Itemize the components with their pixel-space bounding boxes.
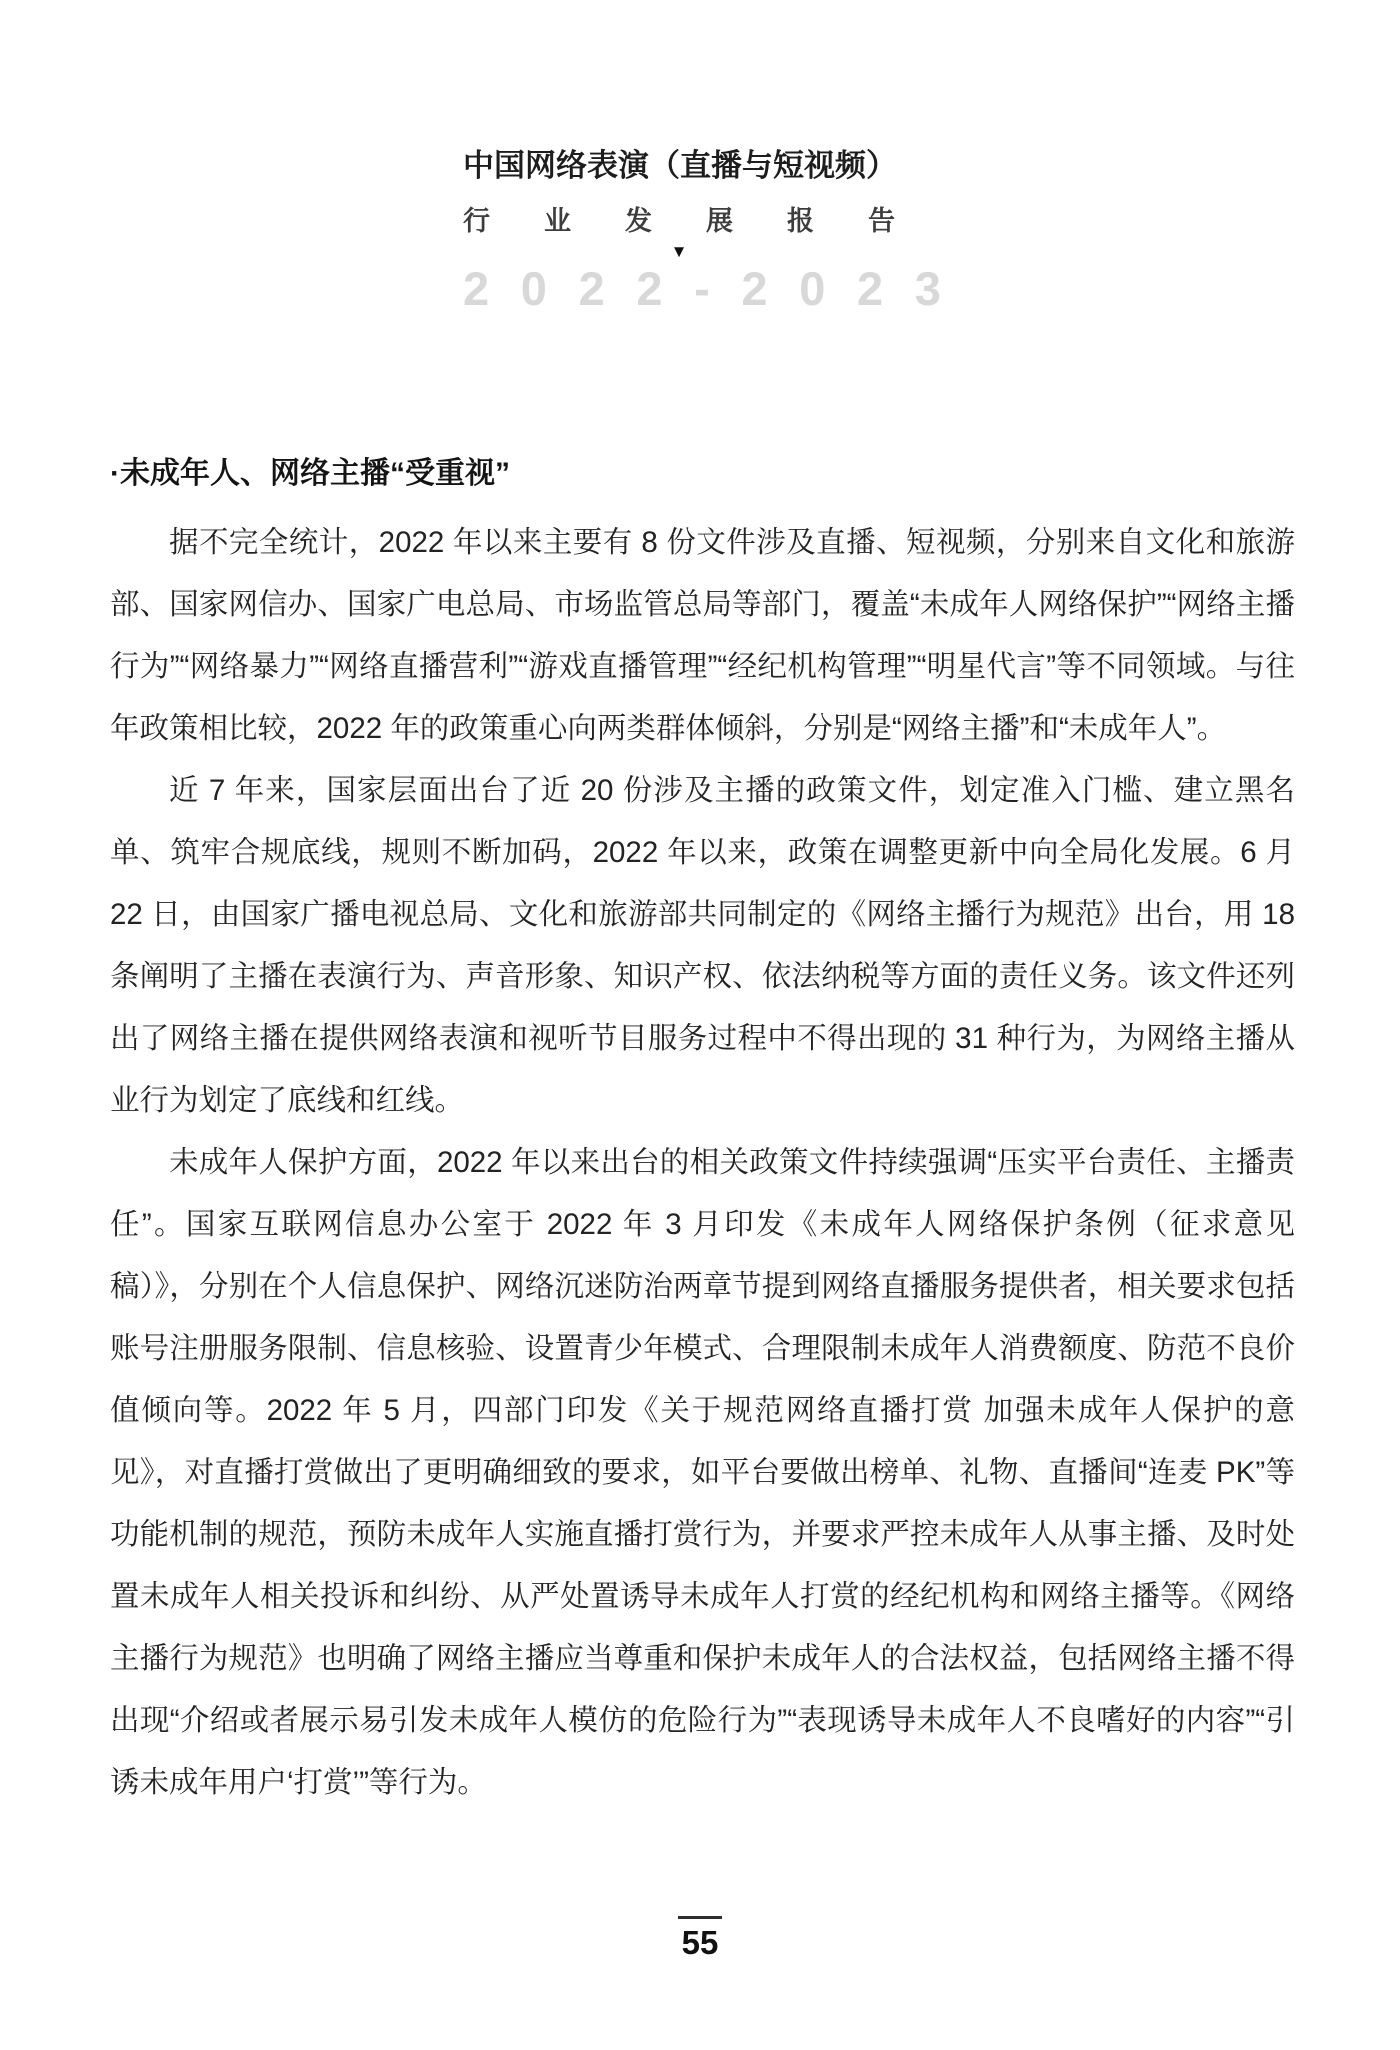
- subtitle-char: 告: [868, 199, 895, 238]
- year-digit: 2: [579, 264, 605, 314]
- subtitle-char: 行: [463, 199, 490, 238]
- subtitle-char: 发: [625, 199, 652, 238]
- section-heading: ·未成年人、网络主播“受重视”: [110, 452, 1295, 496]
- report-subtitle: 行 业 发 展 报 告: [463, 199, 895, 238]
- down-triangle-icon: ▼: [671, 242, 688, 261]
- page-footer: 55: [0, 1916, 1400, 1961]
- subtitle-char: 报: [787, 199, 814, 238]
- subtitle-char: 展: [706, 199, 733, 238]
- year-digit: 2: [857, 264, 883, 314]
- report-years: 2 0 2 2 - 2 0 2 3: [463, 264, 941, 314]
- report-page: 中国网络表演（直播与短视频） 行 业 发 展 报 告 ▼ 2 0 2 2 - 2…: [0, 0, 1400, 2050]
- year-digit: 0: [799, 264, 825, 314]
- year-digit: -: [694, 264, 710, 314]
- subtitle-char: 业: [544, 199, 571, 238]
- paragraph: 据不完全统计，2022 年以来主要有 8 份文件涉及直播、短视频，分别来自文化和…: [110, 512, 1295, 760]
- footer-rule: [678, 1916, 722, 1919]
- paragraph: 未成年人保护方面，2022 年以来出台的相关政策文件持续强调“压实平台责任、主播…: [110, 1132, 1295, 1814]
- report-header: 中国网络表演（直播与短视频） 行 业 发 展 报 告 ▼ 2 0 2 2 - 2…: [463, 140, 941, 314]
- document-body: ·未成年人、网络主播“受重视” 据不完全统计，2022 年以来主要有 8 份文件…: [110, 452, 1295, 1814]
- year-digit: 2: [741, 264, 767, 314]
- year-digit: 0: [521, 264, 547, 314]
- year-digit: 2: [636, 264, 662, 314]
- report-title: 中国网络表演（直播与短视频）: [463, 140, 895, 185]
- year-digit: 3: [915, 264, 941, 314]
- page-number: 55: [0, 1925, 1400, 1961]
- year-digit: 2: [463, 264, 489, 314]
- paragraph: 近 7 年来，国家层面出台了近 20 份涉及主播的政策文件，划定准入门槛、建立黑…: [110, 760, 1295, 1132]
